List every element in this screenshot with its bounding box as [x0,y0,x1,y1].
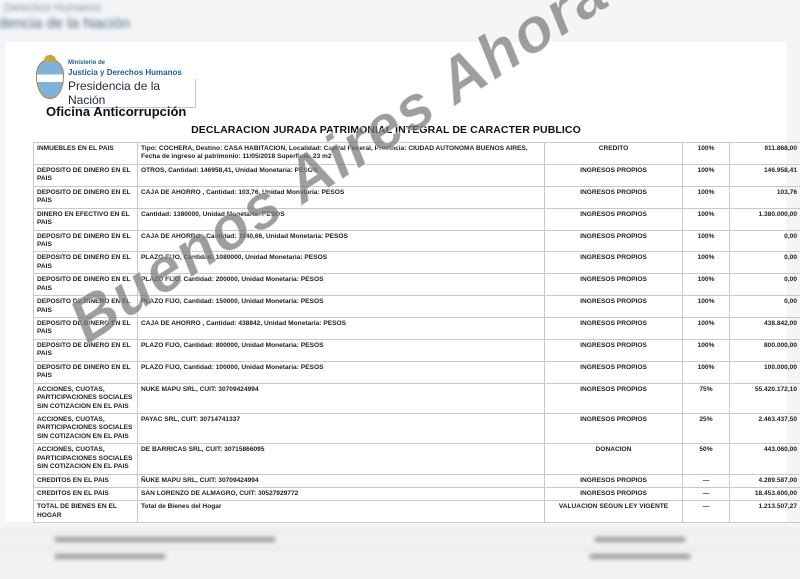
ownership-percent-cell: 100% [683,339,730,361]
funds-origin-cell: INGRESOS PROPIOS [545,230,683,252]
asset-description-cell: PLAZO FIJO, Cantidad: 100000, Unidad Mon… [138,361,545,383]
asset-description-cell: PLAZO FIJO, Cantidad: 150000, Unidad Mon… [138,296,545,318]
funds-origin-cell: VALUACION SEGUN LEY VIGENTE [545,501,683,523]
ownership-percent-cell: 100% [683,186,730,208]
ministry-logo: Ministerio de Justicia y Derechos Humano… [36,57,196,105]
asset-value-cell: 1.380.000,00 [730,208,800,230]
asset-type-cell: CREDITOS EN EL PAIS [34,488,138,501]
ownership-percent-cell: — [683,501,730,523]
table-row: DINERO EN EFECTIVO EN EL PAISCantidad: 1… [34,208,800,230]
ministry-name: Justicia y Derechos Humanos [68,68,182,77]
table-row: DEPOSITO DE DINERO EN EL PAISPLAZO FIJO,… [34,339,800,361]
funds-origin-cell: INGRESOS PROPIOS [545,383,683,413]
table-row: DEPOSITO DE DINERO EN EL PAISCAJA DE AHO… [34,186,800,208]
asset-description-cell: PLAZO FIJO, Cantidad: 1080000, Unidad Mo… [138,252,545,274]
asset-value-cell: 0,00 [730,230,800,252]
table-row: TOTAL DE BIENES EN EL HOGARTotal de Bien… [34,501,800,523]
asset-value-cell: 443.060,00 [730,444,800,474]
asset-value-cell: 55.420.172,10 [730,383,800,413]
asset-value-cell: 0,00 [730,252,800,274]
asset-type-cell: DINERO EN EFECTIVO EN EL PAIS [34,208,138,230]
ministry-label: Ministerio de [68,60,105,66]
asset-type-cell: ACCIONES, CUOTAS, PARTICIPACIONES SOCIAL… [34,383,138,413]
ownership-percent-cell: 100% [683,296,730,318]
ownership-percent-cell: 100% [683,143,730,165]
asset-value-cell: 0,00 [730,274,800,296]
funds-origin-cell: INGRESOS PROPIOS [545,488,683,501]
asset-type-cell: CREDITOS EN EL PAIS [34,474,138,487]
table-row: DEPOSITO DE DINERO EN EL PAISPLAZO FIJO,… [34,361,800,383]
ownership-percent-cell: 100% [683,361,730,383]
asset-description-cell: PAYAC SRL, CUIT: 30714741337 [138,413,545,443]
funds-origin-cell: INGRESOS PROPIOS [545,339,683,361]
asset-type-cell: ACCIONES, CUOTAS, PARTICIPACIONES SOCIAL… [34,444,138,474]
funds-origin-cell: INGRESOS PROPIOS [545,296,683,318]
funds-origin-cell: INGRESOS PROPIOS [545,413,683,443]
asset-description-cell: CAJA DE AHORRO , Cantidad: 438842, Unida… [138,318,545,340]
ownership-percent-cell: 50% [683,444,730,474]
ownership-percent-cell: — [683,474,730,487]
office-name: Oficina Anticorrupción [46,104,186,119]
asset-type-cell: INMUEBLES EN EL PAIS [34,143,138,165]
asset-description-cell: CAJA DE AHORRO , Cantidad: 3340,66, Unid… [138,230,545,252]
asset-value-cell: 438.842,00 [730,318,800,340]
asset-description-cell: Cantidad: 1380000, Unidad Monetaria: PES… [138,208,545,230]
assets-table: INMUEBLES EN EL PAISTipo: COCHERA, Desti… [33,142,800,523]
ownership-percent-cell: 100% [683,230,730,252]
asset-description-cell: OTROS, Cantidad: 146958,41, Unidad Monet… [138,164,545,186]
asset-value-cell: 2.463.437,50 [730,413,800,443]
asset-description-cell: Tipo: COCHERA, Destino: CASA HABITACION,… [138,143,545,165]
funds-origin-cell: INGRESOS PROPIOS [545,361,683,383]
asset-description-cell: NUKE MAPU SRL, CUIT: 30709424994 [138,383,545,413]
argentina-coat-of-arms-icon [36,59,64,99]
funds-origin-cell: INGRESOS PROPIOS [545,252,683,274]
table-row: ACCIONES, CUOTAS, PARTICIPACIONES SOCIAL… [34,413,800,443]
ownership-percent-cell: 100% [683,208,730,230]
ownership-percent-cell: 100% [683,164,730,186]
asset-value-cell: 100.000,00 [730,361,800,383]
funds-origin-cell: INGRESOS PROPIOS [545,208,683,230]
table-row: CREDITOS EN EL PAISÑUKE MAPU SRL, CUIT: … [34,474,800,487]
table-row: ACCIONES, CUOTAS, PARTICIPACIONES SOCIAL… [34,383,800,413]
asset-type-cell: DEPOSITO DE DINERO EN EL PAIS [34,296,138,318]
asset-type-cell: DEPOSITO DE DINERO EN EL PAIS [34,230,138,252]
asset-description-cell: DE BARRICAS SRL, CUIT: 30715866095 [138,444,545,474]
asset-type-cell: ACCIONES, CUOTAS, PARTICIPACIONES SOCIAL… [34,413,138,443]
document-page: Ministerio de Justicia y Derechos Humano… [6,42,786,522]
asset-value-cell: 146.958,41 [730,164,800,186]
asset-description-cell: ÑUKE MAPU SRL, CUIT: 30709424994 [138,474,545,487]
asset-type-cell: DEPOSITO DE DINERO EN EL PAIS [34,318,138,340]
funds-origin-cell: DONACION [545,444,683,474]
asset-value-cell: 0,00 [730,296,800,318]
ownership-percent-cell: 100% [683,252,730,274]
ownership-percent-cell: 100% [683,318,730,340]
asset-value-cell: 4.289.587,00 [730,474,800,487]
funds-origin-cell: INGRESOS PROPIOS [545,474,683,487]
asset-type-cell: DEPOSITO DE DINERO EN EL PAIS [34,339,138,361]
ownership-percent-cell: 25% [683,413,730,443]
asset-description-cell: PLAZO FIJO, Cantidad: 200000, Unidad Mon… [138,274,545,296]
table-row: DEPOSITO DE DINERO EN EL PAISPLAZO FIJO,… [34,274,800,296]
asset-description-cell: SAN LORENZO DE ALMAGRO, CUIT: 3052792977… [138,488,545,501]
table-row: DEPOSITO DE DINERO EN EL PAISOTROS, Cant… [34,164,800,186]
asset-value-cell: 800.000,00 [730,339,800,361]
funds-origin-cell: CREDITO [545,143,683,165]
asset-description-cell: PLAZO FIJO, Cantidad: 800000, Unidad Mon… [138,339,545,361]
funds-origin-cell: INGRESOS PROPIOS [545,186,683,208]
blurred-background-table [0,528,800,579]
asset-type-cell: DEPOSITO DE DINERO EN EL PAIS [34,274,138,296]
blurred-background-header: Derechos Humanos dencia de la Nación [0,0,800,45]
asset-description-cell: Total de Bienes del Hogar [138,501,545,523]
blurred-ministry-text: Derechos Humanos [4,2,101,14]
ownership-percent-cell: 100% [683,274,730,296]
blurred-presidency-text: dencia de la Nación [0,15,130,32]
document-title: DECLARACION JURADA PATRIMONIAL INTEGRAL … [6,124,766,136]
asset-description-cell: CAJA DE AHORRO , Cantidad: 103,76, Unida… [138,186,545,208]
table-row: CREDITOS EN EL PAISSAN LORENZO DE ALMAGR… [34,488,800,501]
asset-value-cell: 103,76 [730,186,800,208]
table-row: INMUEBLES EN EL PAISTipo: COCHERA, Desti… [34,143,800,165]
asset-value-cell: 18.453.600,00 [730,488,800,501]
asset-value-cell: 911.868,00 [730,143,800,165]
table-row: DEPOSITO DE DINERO EN EL PAISPLAZO FIJO,… [34,252,800,274]
asset-type-cell: DEPOSITO DE DINERO EN EL PAIS [34,186,138,208]
asset-type-cell: DEPOSITO DE DINERO EN EL PAIS [34,361,138,383]
funds-origin-cell: INGRESOS PROPIOS [545,274,683,296]
funds-origin-cell: INGRESOS PROPIOS [545,164,683,186]
ownership-percent-cell: 75% [683,383,730,413]
asset-type-cell: DEPOSITO DE DINERO EN EL PAIS [34,252,138,274]
asset-value-cell: 1.213.507,27 [730,501,800,523]
table-row: DEPOSITO DE DINERO EN EL PAISPLAZO FIJO,… [34,296,800,318]
ownership-percent-cell: — [683,488,730,501]
table-row: DEPOSITO DE DINERO EN EL PAISCAJA DE AHO… [34,230,800,252]
funds-origin-cell: INGRESOS PROPIOS [545,318,683,340]
asset-type-cell: DEPOSITO DE DINERO EN EL PAIS [34,164,138,186]
table-row: DEPOSITO DE DINERO EN EL PAISCAJA DE AHO… [34,318,800,340]
table-row: ACCIONES, CUOTAS, PARTICIPACIONES SOCIAL… [34,444,800,474]
asset-type-cell: TOTAL DE BIENES EN EL HOGAR [34,501,138,523]
